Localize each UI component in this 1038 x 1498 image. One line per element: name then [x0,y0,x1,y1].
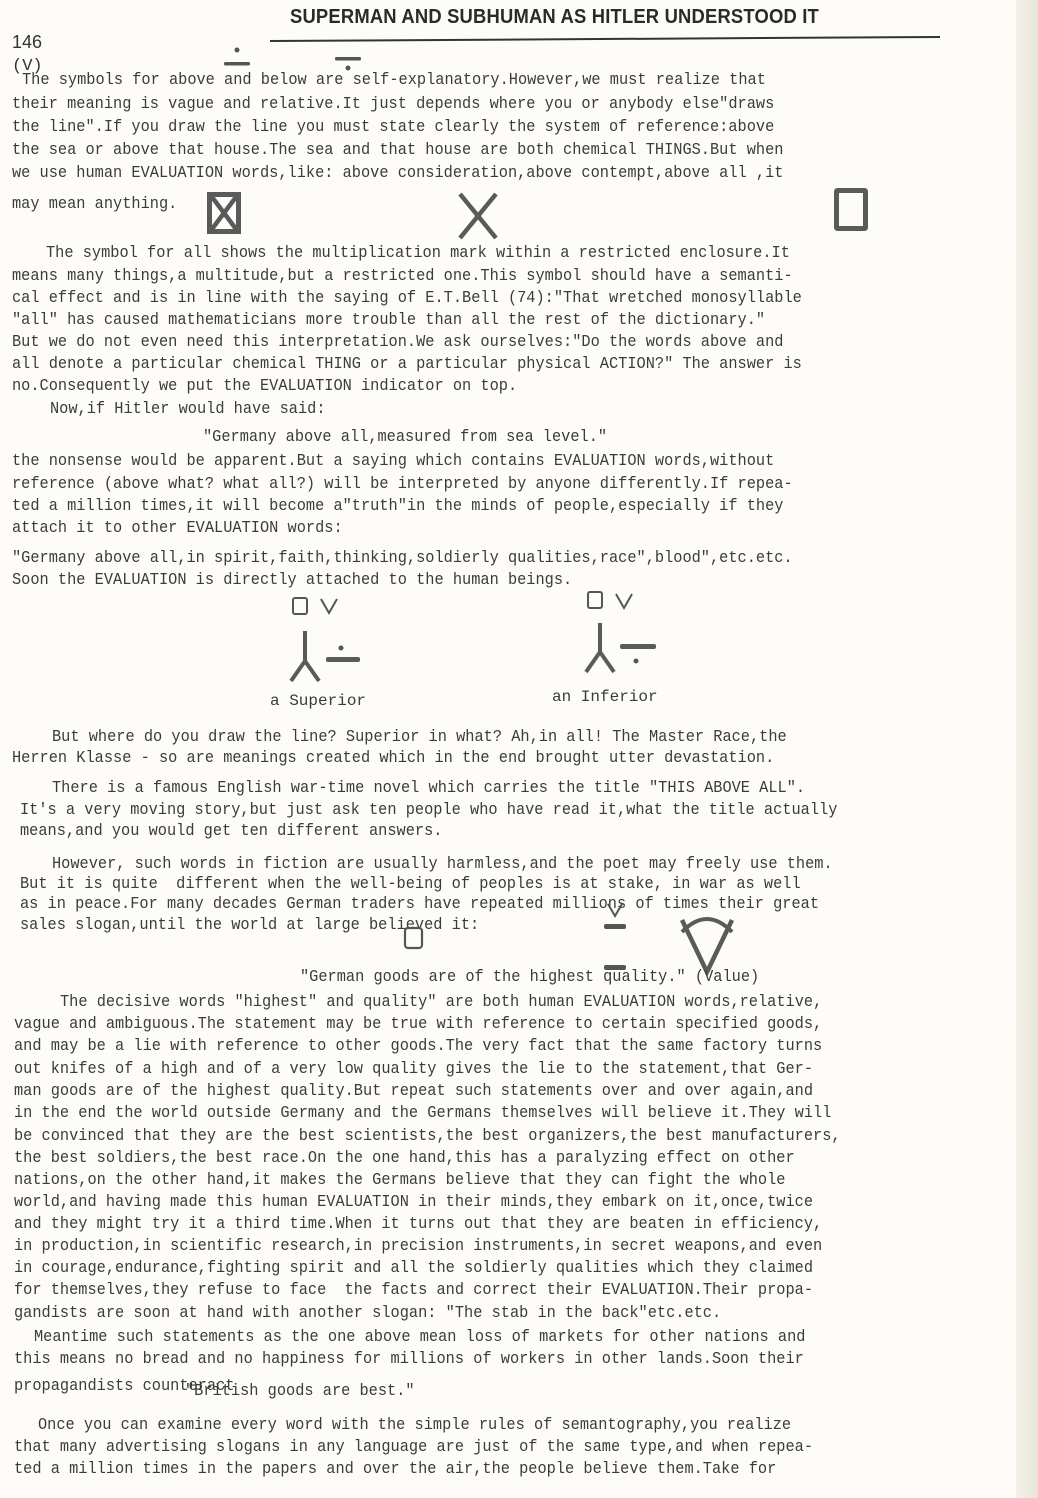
superior-caption: a Superior [270,692,366,710]
text-line: reference (above what? what all?) will b… [12,474,793,494]
text-line: all denote a particular chemical THING o… [12,354,802,374]
text-line: this means no bread and no happiness for… [14,1349,804,1369]
multiplication-mark-icon [456,191,500,241]
book-page: SUPERMAN AND SUBHUMAN AS HITLER UNDERSTO… [0,0,1038,1498]
text-line: that many advertising slogans in any lan… [14,1437,813,1457]
text-line: and may be a lie with reference to other… [14,1036,822,1056]
text-line: Meantime such statements as the one abov… [34,1327,805,1347]
text-line: ted a million times,it will become a"tru… [12,496,783,516]
inferior-figure-icon [578,588,688,688]
above-symbol-icon [222,44,252,68]
text-line: nations,on the other hand,it makes the G… [14,1170,785,1190]
text-line: Once you can examine every word with the… [38,1415,791,1435]
text-line: their meaning is vague and relative.It j… [12,94,774,114]
text-line: out knifes of a high and of a very low q… [14,1059,813,1079]
quote-line: "German goods are of the highest quality… [300,967,759,986]
text-line: "Germany above all,in spirit,faith,think… [12,548,793,568]
text-line: However, such words in fiction are usual… [52,854,833,874]
text-line: cal effect and is in line with the sayin… [12,288,802,308]
text-line: There is a famous English war-time novel… [52,778,805,798]
text-line: may mean anything. [12,194,177,214]
inferior-caption: an Inferior [552,688,658,706]
text-line: man goods are of the highest quality.But… [14,1081,813,1101]
text-line: But we do not even need this interpretat… [12,332,783,352]
text-line: the best soldiers,the best race.On the o… [14,1148,795,1168]
text-line: Herren Klasse - so are meanings created … [12,748,774,768]
page-edge [1016,0,1038,1498]
text-line: be convinced that they are the best scie… [14,1126,841,1146]
text-line: means,and you would get ten different an… [20,821,442,841]
text-line: Soon the EVALUATION is directly attached… [12,570,572,590]
text-line: means many things,a multitude,but a rest… [12,266,793,286]
text-line: no.Consequently we put the EVALUATION in… [12,376,517,396]
running-title: SUPERMAN AND SUBHUMAN AS HITLER UNDERSTO… [290,6,819,29]
all-symbol-icon [207,192,241,234]
thing-box-icon [403,926,425,950]
text-line: gandists are soon at hand with another s… [14,1303,721,1323]
text-line: ted a million times in the papers and ov… [14,1459,776,1479]
text-line: The decisive words "highest" and quality… [60,992,822,1012]
text-line: world,and having made this human EVALUAT… [14,1192,813,1212]
text-line: and they might try it a third time.When … [14,1214,822,1234]
header-rule [270,36,940,42]
text-line: The symbols for above and below are self… [22,70,766,90]
text-line: attach it to other EVALUATION words: [12,518,343,538]
text-line: The symbol for all shows the multiplicat… [46,243,790,263]
text-line: for themselves,they refuse to face the f… [14,1280,813,1300]
text-line: the line".If you draw the line you must … [12,117,774,137]
quote-line: "British goods are best." [185,1381,415,1400]
text-line: Now,if Hitler would have said: [50,399,326,419]
text-line: But where do you draw the line? Superior… [52,727,787,747]
text-line: vague and ambiguous.The statement may be… [14,1014,822,1034]
text-line: "all" has caused mathematicians more tro… [12,310,765,330]
superior-figure-icon [283,593,393,693]
quote-line: "Germany above all,measured from sea lev… [203,427,607,446]
enclosure-icon [834,188,868,232]
text-line: we use human EVALUATION words,like: abov… [12,163,783,183]
text-line: It's a very moving story,but just ask te… [20,800,837,820]
text-line: in production,in scientific research,in … [14,1236,822,1256]
text-line: But it is quite different when the well-… [20,874,801,894]
text-line: in the end the world outside Germany and… [14,1103,831,1123]
text-line: the sea or above that house.The sea and … [12,140,783,160]
page-number: 146 [12,32,42,53]
text-line: the nonsense would be apparent.But a say… [12,451,774,471]
text-line: in courage,endurance,fighting spirit and… [14,1258,813,1278]
